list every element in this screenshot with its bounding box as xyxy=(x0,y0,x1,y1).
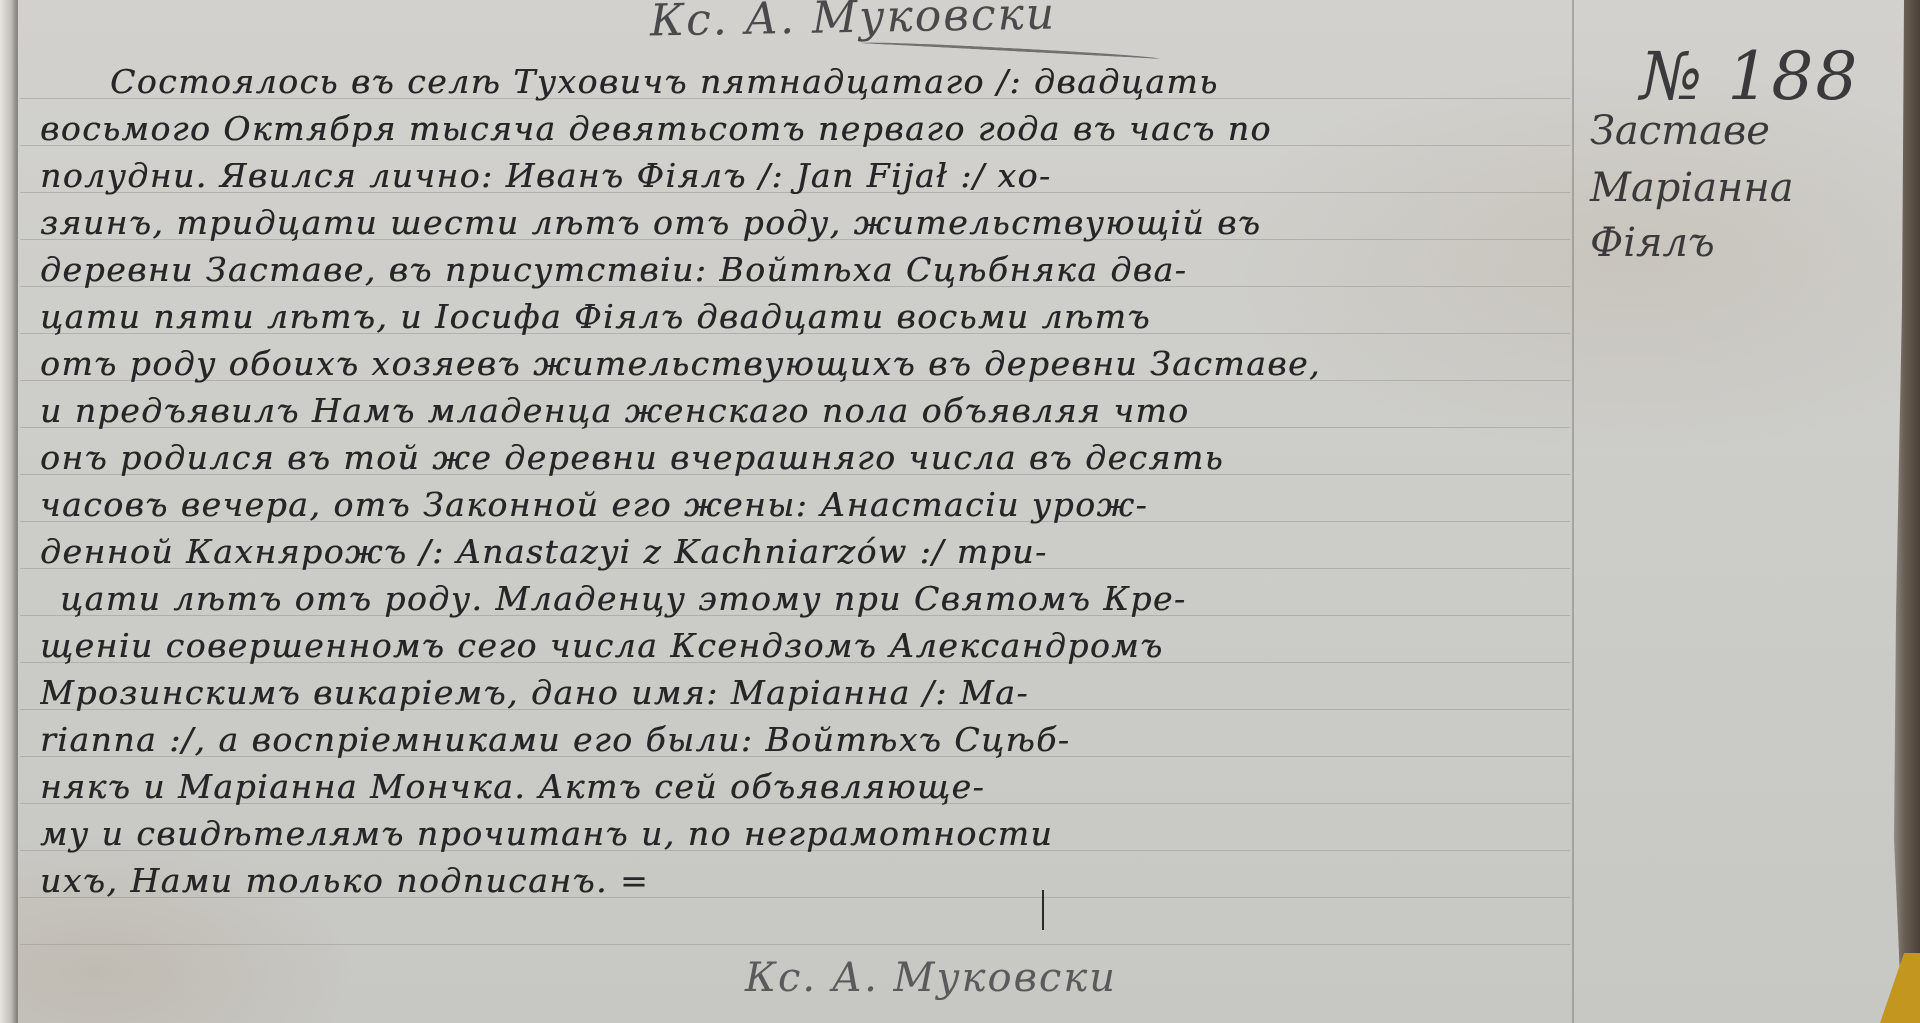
record-line: денной Кахнярожъ /: Anastazyi z Kachniar… xyxy=(40,528,1570,575)
record-line: часовъ вечера, отъ Законной его жены: Ан… xyxy=(40,481,1570,528)
page-right-edge xyxy=(1880,0,1920,1023)
record-line: деревни Заставе, въ присутствіи: Войтѣха… xyxy=(40,246,1570,293)
page-left-edge xyxy=(0,0,16,1023)
footer-signature: Кс. А. Муковски xyxy=(745,955,1117,1001)
register-page: Кс. А. Муковски Состоялось въ селѣ Тухов… xyxy=(0,0,1920,1023)
page-left-rule xyxy=(16,0,18,1023)
record-line: някъ и Маріанна Мончка. Актъ сей объявля… xyxy=(40,763,1570,810)
margin-child-surname: Фіялъ xyxy=(1590,220,1715,266)
record-body: Состоялось въ селѣ Туховичъ пятнадцатаго… xyxy=(40,58,1570,904)
ruled-line xyxy=(20,944,1570,945)
record-line: зяинъ, тридцати шести лѣтъ отъ роду, жит… xyxy=(40,199,1570,246)
end-mark xyxy=(1042,890,1044,930)
record-line: му и свидѣтелямъ прочитанъ и, по неграмо… xyxy=(40,810,1570,857)
record-line: rianna :/, а воспріемниками его были: Во… xyxy=(40,716,1570,763)
margin-village-name: Заставе xyxy=(1590,108,1770,154)
entry-number: № 188 xyxy=(1640,38,1859,115)
record-line: щеніи совершенномъ сего числа Ксендзомъ … xyxy=(40,622,1570,669)
record-line: Мрозинскимъ викаріемъ, дано имя: Маріанн… xyxy=(40,669,1570,716)
record-line: онъ родился въ той же деревни вчерашняго… xyxy=(40,434,1570,481)
record-line: и предъявилъ Намъ младенца женскаго пола… xyxy=(40,387,1570,434)
record-line: цати лѣтъ отъ роду. Младенцу этому при С… xyxy=(40,575,1570,622)
record-line: ихъ, Нами только подписанъ. = xyxy=(40,857,1570,904)
record-line: полудни. Явился лично: Иванъ Фіялъ /: Ja… xyxy=(40,152,1570,199)
margin-rule xyxy=(1572,0,1574,1023)
header-signature: Кс. А. Муковски xyxy=(650,0,1057,47)
margin-child-given-name: Маріанна xyxy=(1590,165,1794,211)
record-line: Состоялось въ селѣ Туховичъ пятнадцатаго… xyxy=(40,58,1570,105)
record-line: отъ роду обоихъ хозяевъ жительствующихъ … xyxy=(40,340,1570,387)
record-line: цати пяти лѣтъ, и Іосифа Фіялъ двадцати … xyxy=(40,293,1570,340)
record-line: восьмого Октября тысяча девятьсотъ перва… xyxy=(40,105,1570,152)
